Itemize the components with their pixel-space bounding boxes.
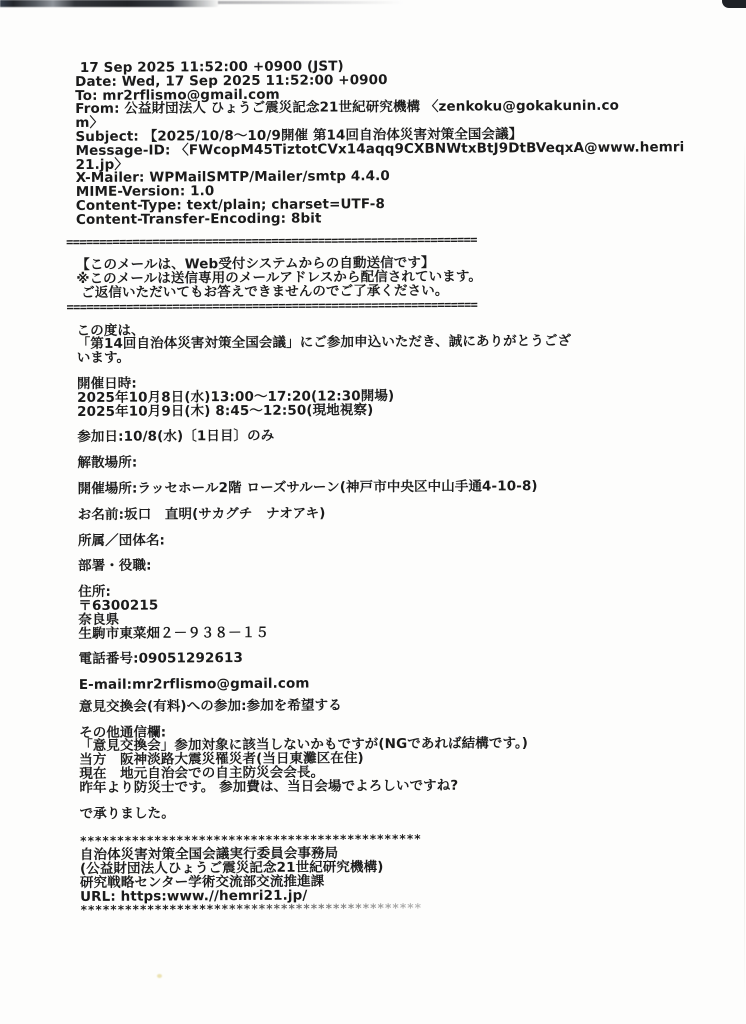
dismissal-place-line: 解散場所:: [77, 454, 637, 471]
other-comments-line: 昨年より防災士です。 参加費は、当日会場でよろしいですね?: [79, 778, 639, 795]
scan-artifact-top-edge-faint: [218, 1, 403, 4]
address-line: 生駒市東菜畑２－９３８－１５: [78, 624, 638, 641]
email-line: E-mail:mr2rflismo@gmail.com: [79, 676, 639, 693]
participation-date-line: 参加日:10/8(水)〔1日目〕のみ: [77, 428, 637, 445]
applicant-name-line: お名前:坂口 直明(サカグチ ナオアキ): [78, 505, 638, 522]
email-document: 17 Sep 2025 11:52:00 +0900 (JST) Date: W…: [75, 59, 640, 919]
header-content-transfer-encoding-line: Content-Transfer-Encoding: 8bit: [76, 210, 636, 227]
signature-block: ****************************************…: [80, 832, 640, 918]
separator-line: ========================================…: [66, 297, 636, 314]
venue-line: 開催場所:ラッセホール2階 ローズサルーン(神戸市中央区中山手通4-10-8): [78, 479, 638, 496]
scan-artifact-speck: [157, 974, 162, 978]
auto-reply-notice: 【このメールは、Web受付システムからの自動送信です】 ※このメールは送信専用の…: [76, 256, 636, 301]
scan-artifact-right-edge: [744, 140, 745, 1000]
scanned-email-page: 17 Sep 2025 11:52:00 +0900 (JST) Date: W…: [0, 0, 746, 1024]
scan-artifact-top-right-corner: [722, 0, 746, 8]
email-headers: 17 Sep 2025 11:52:00 +0900 (JST) Date: W…: [75, 59, 636, 228]
phone-line: 電話番号:09051292613: [79, 650, 639, 667]
department-line: 部署・役職:: [78, 557, 638, 574]
schedule-day2: 2025年10月9日(木) 8:45〜12:50(現地視察): [77, 402, 637, 419]
scan-artifact-top-edge: [0, 0, 220, 7]
signature-stars-line-faded: ****************************************…: [80, 901, 640, 918]
schedule-section: 開催日時: 2025年10月8日(水)13:00〜17:20(12:30開場) …: [77, 375, 637, 420]
other-comments-section: その他通信欄: 「意見交換会」参加対象に該当しないかもですが(NGであれば結構で…: [79, 723, 639, 795]
address-section: 住所: 〒6300215 奈良県 生駒市東菜畑２－９３８－１５: [78, 583, 638, 642]
exchange-meeting-line: 意見交換会(有料)への参加:参加を希望する: [79, 697, 639, 714]
greeting-paragraph: この度は、 「第14回自治体災害対策全国会議」にご参加申込いただき、誠にありがと…: [77, 321, 637, 366]
closing-line: で承りました。: [80, 804, 640, 821]
affiliation-line: 所属／団体名:: [78, 531, 638, 548]
separator-line: ========================================…: [66, 232, 636, 249]
